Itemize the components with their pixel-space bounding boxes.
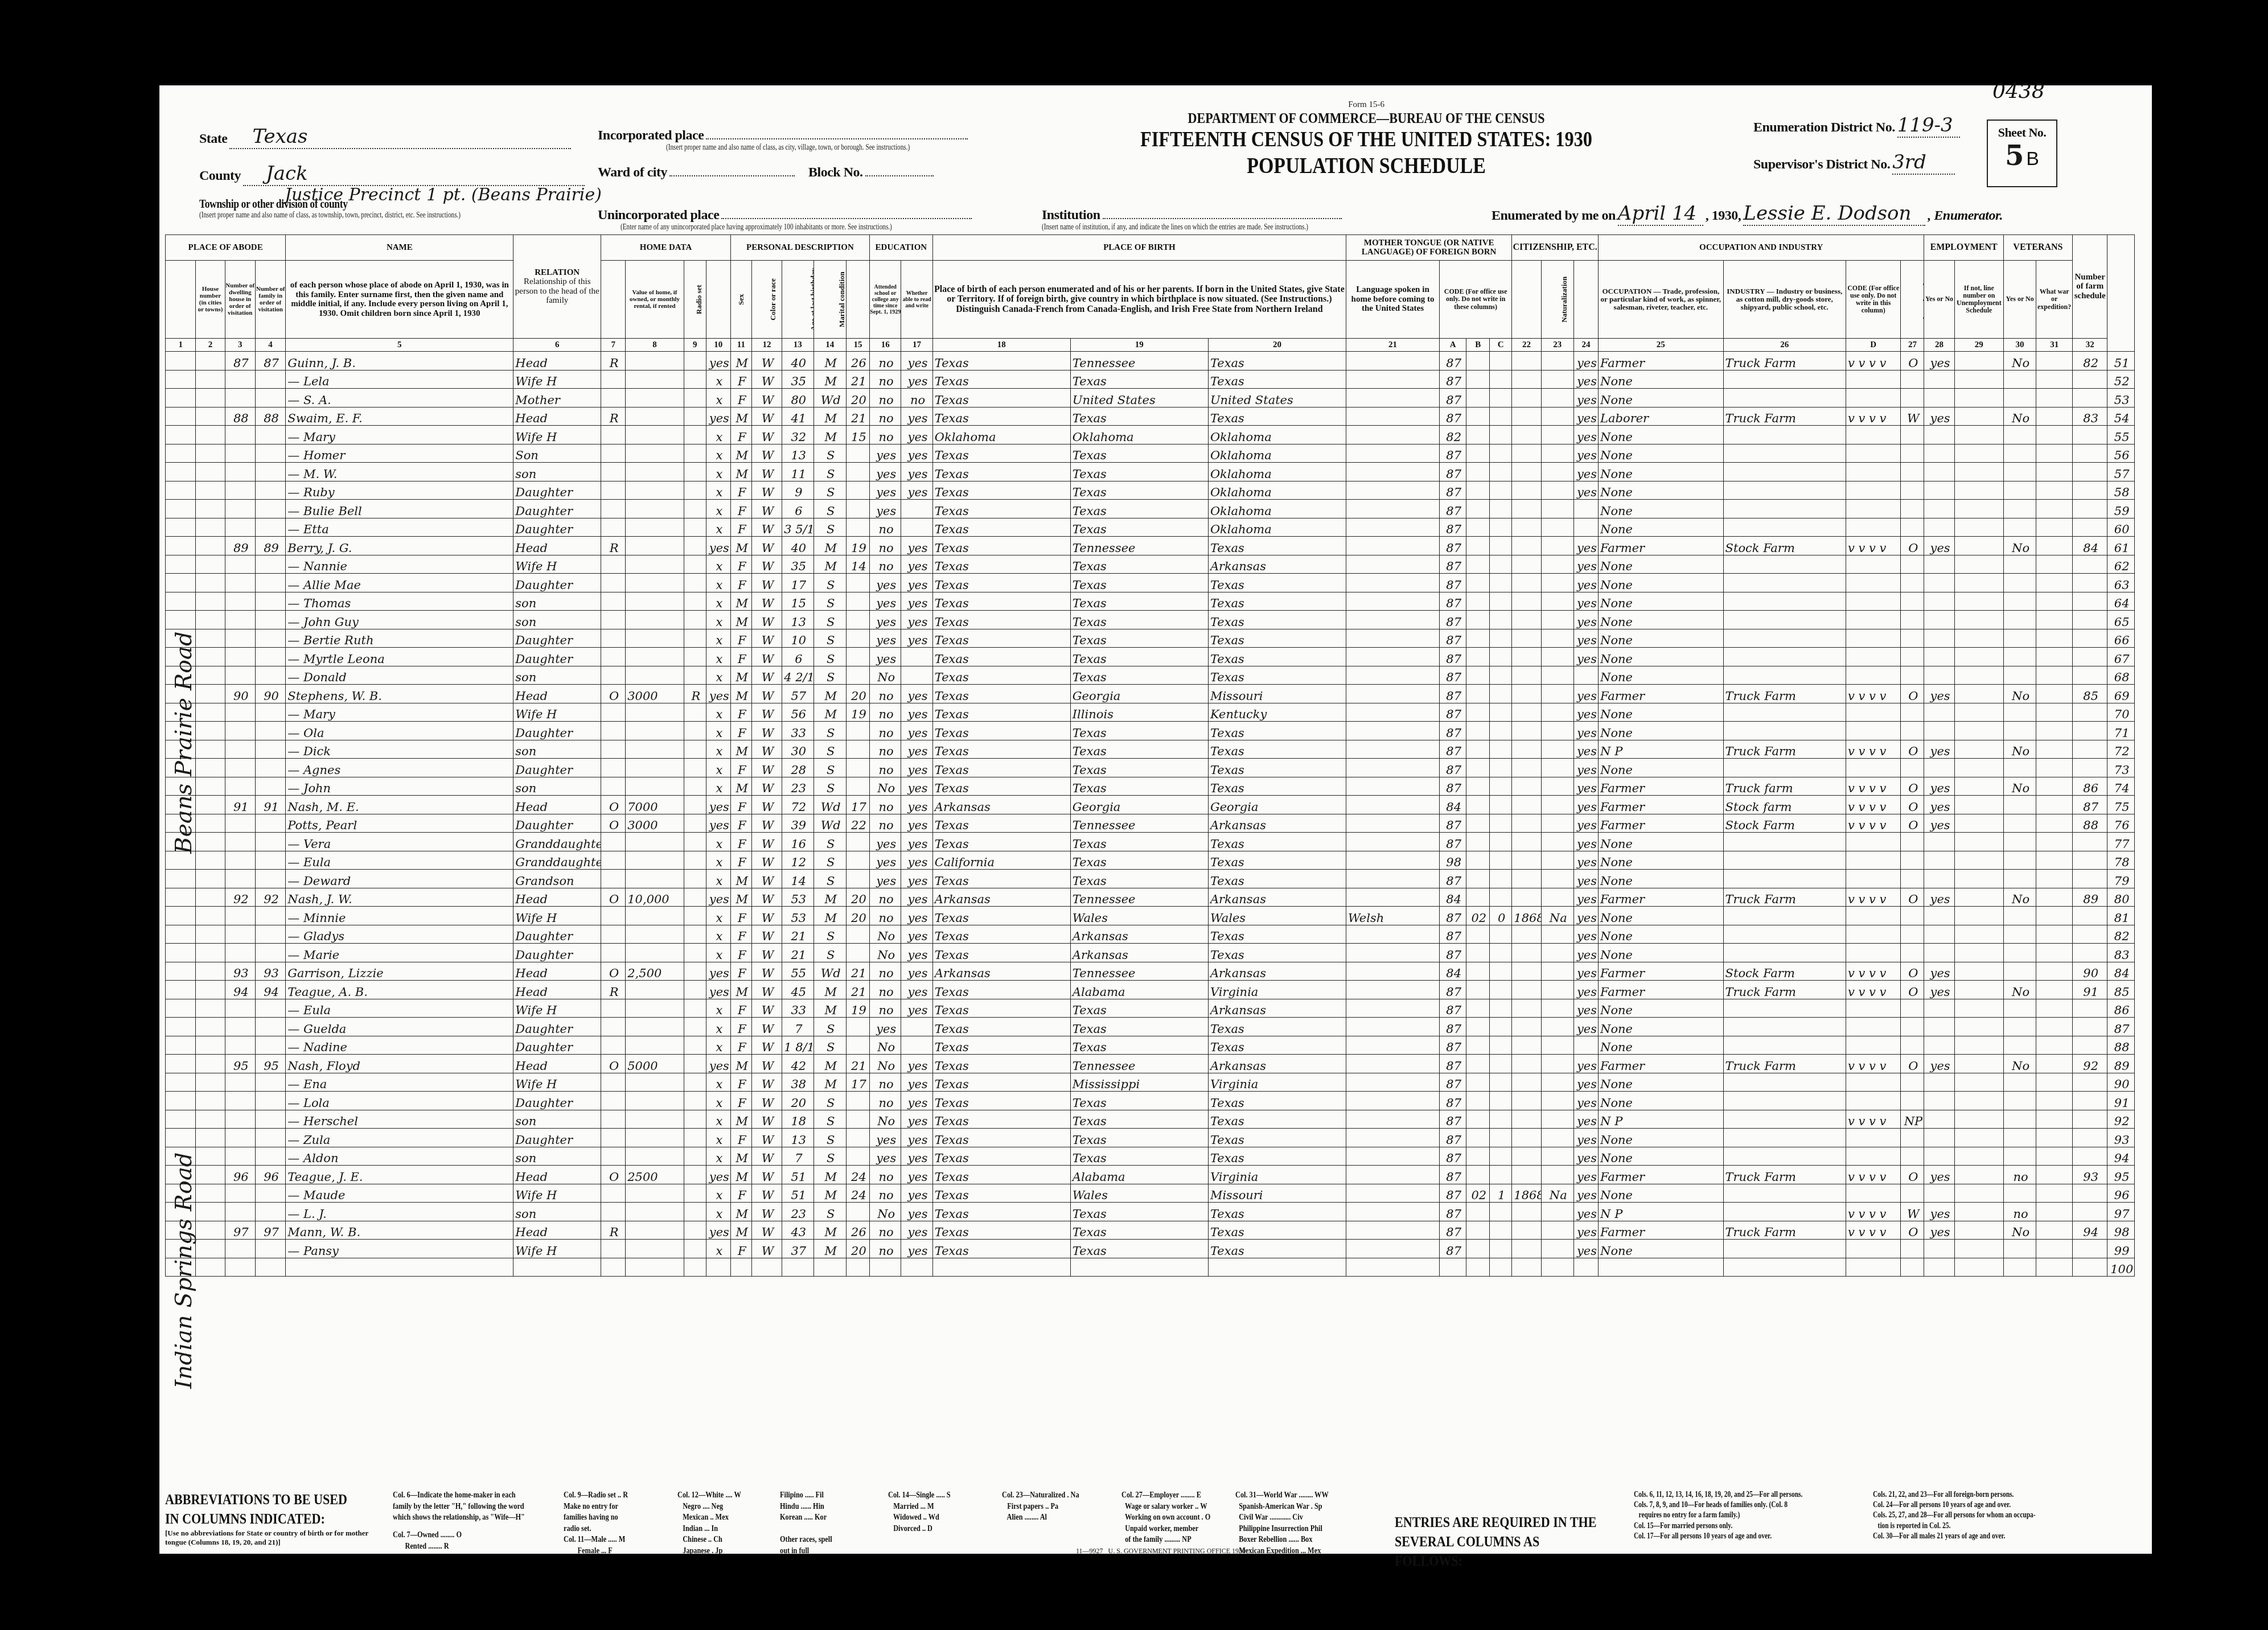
incorporated-value	[706, 138, 968, 139]
veteran-cell	[2003, 814, 2036, 833]
street-cell	[166, 944, 196, 962]
family-number-cell: 87	[255, 352, 285, 371]
code-a-cell: 87	[1440, 555, 1466, 574]
school-cell: yes	[870, 870, 901, 888]
immigration-year-cell	[1512, 481, 1541, 500]
house-number-cell	[196, 888, 225, 907]
relation-cell: Head	[513, 1055, 601, 1073]
radio-cell	[684, 1129, 706, 1147]
radio-cell	[684, 999, 706, 1018]
immigration-year-cell	[1512, 1166, 1541, 1184]
farm-cell: x	[706, 1036, 730, 1055]
naturalization-cell	[1541, 592, 1573, 611]
enumeration-district-field: Enumeration District No. 119-3	[1753, 114, 1960, 138]
naturalization-cell	[1541, 426, 1573, 444]
father-birthplace-cell: Texas	[1070, 1221, 1208, 1240]
employment-cell	[1924, 999, 1954, 1018]
radio-cell	[684, 1221, 706, 1240]
employment-cell	[1924, 389, 1954, 407]
unemployment-line-cell	[1954, 426, 2003, 444]
farm-schedule-cell: 86	[2072, 777, 2107, 796]
employment-cell	[1924, 851, 1954, 870]
industry-cell: Truck Farm	[1723, 888, 1846, 907]
ward-field: Ward of city Block No.	[598, 165, 934, 180]
sex-cell: F	[730, 814, 751, 833]
immigration-year-cell	[1512, 629, 1541, 648]
name-cell: Teague, A. B.	[286, 981, 513, 999]
home-tenure-cell	[601, 833, 626, 851]
speaks-english-cell: yes	[1573, 759, 1598, 777]
race-cell: W	[751, 796, 782, 814]
war-cell	[2036, 759, 2073, 777]
column-number: 5	[286, 339, 513, 352]
veteran-cell	[2003, 444, 2036, 463]
war-cell	[2036, 870, 2073, 888]
employment-cell: yes	[1924, 1221, 1954, 1240]
code-b-cell	[1466, 740, 1490, 759]
age-cell: 28	[782, 759, 813, 777]
dwelling-number-cell: 87	[225, 352, 255, 371]
home-tenure-cell	[601, 389, 626, 407]
dwelling-number-cell	[225, 1258, 255, 1277]
industry-cell	[1723, 389, 1846, 407]
group-place-of-birth: PLACE OF BIRTH	[932, 235, 1346, 261]
race-cell: W	[751, 555, 782, 574]
line-number: 100	[2107, 1258, 2135, 1277]
column-number: B	[1466, 339, 1490, 352]
home-value-cell: 3000	[626, 814, 684, 833]
class-of-worker-cell	[1901, 1129, 1924, 1147]
farm-schedule-cell	[2072, 1036, 2107, 1055]
table-row: 9090Stephens, W. B.HeadO3000RyesMW57M20n…	[166, 685, 2135, 703]
mother-birthplace-cell: Arkansas	[1208, 888, 1346, 907]
age-cell: 42	[782, 1055, 813, 1073]
relation-cell	[513, 1258, 601, 1277]
mother-tongue-cell	[1346, 444, 1439, 463]
farm-cell: x	[706, 1073, 730, 1092]
column-number: 27	[1901, 339, 1924, 352]
farm-schedule-cell	[2072, 1203, 2107, 1221]
home-tenure-cell	[601, 1203, 626, 1221]
code-d-cell: v v v v	[1846, 1110, 1900, 1129]
employment-cell: yes	[1924, 1166, 1954, 1184]
unemployment-line-cell	[1954, 1129, 2003, 1147]
farm-schedule-cell: 90	[2072, 962, 2107, 981]
speaks-english-cell: yes	[1573, 1147, 1598, 1166]
literacy-cell: yes	[901, 1073, 932, 1092]
column-number: 26	[1723, 339, 1846, 352]
code-b-cell	[1466, 1240, 1490, 1258]
race-cell: W	[751, 1166, 782, 1184]
dwelling-number-cell	[225, 611, 255, 629]
group-personal-description: PERSONAL DESCRIPTION	[730, 235, 869, 261]
col-11-header: Sex	[730, 261, 751, 339]
mother-tongue-cell	[1346, 925, 1439, 944]
relation-cell: Head	[513, 888, 601, 907]
code-a-cell: 84	[1440, 888, 1466, 907]
code-b-cell	[1466, 1055, 1490, 1073]
line-number: 66	[2107, 629, 2135, 648]
radio-cell	[684, 833, 706, 851]
code-d-cell	[1846, 500, 1900, 518]
mother-tongue-cell	[1346, 777, 1439, 796]
col-9-header: Radio set	[684, 261, 706, 339]
school-cell: no	[870, 759, 901, 777]
relation-cell: son	[513, 1110, 601, 1129]
unemployment-line-cell	[1954, 1036, 2003, 1055]
dwelling-number-cell	[225, 500, 255, 518]
war-cell	[2036, 518, 2073, 537]
farm-cell: yes	[706, 796, 730, 814]
farm-schedule-cell	[2072, 648, 2107, 666]
relation-cell: son	[513, 592, 601, 611]
immigration-year-cell	[1512, 962, 1541, 981]
birthplace-cell: Arkansas	[932, 962, 1070, 981]
industry-cell	[1723, 759, 1846, 777]
veteran-cell	[2003, 1110, 2036, 1129]
house-number-cell	[196, 500, 225, 518]
industry-cell	[1723, 666, 1846, 685]
home-value-cell	[626, 648, 684, 666]
birthplace-cell: Texas	[932, 407, 1070, 426]
occupation-cell: None	[1599, 1073, 1724, 1092]
column-number: 12	[751, 339, 782, 352]
house-number-cell	[196, 666, 225, 685]
unemployment-line-cell	[1954, 1258, 2003, 1277]
farm-schedule-cell	[2072, 907, 2107, 925]
street-cell	[166, 352, 196, 371]
occupation-cell	[1599, 1258, 1724, 1277]
school-cell: no	[870, 537, 901, 555]
dwelling-number-cell	[225, 999, 255, 1018]
occupation-cell: Farmer	[1599, 888, 1724, 907]
mother-tongue-cell	[1346, 352, 1439, 371]
naturalization-cell	[1541, 1258, 1573, 1277]
street-cell	[166, 407, 196, 426]
dwelling-number-cell	[225, 833, 255, 851]
marital-cell: M	[813, 1240, 846, 1258]
house-number-cell	[196, 426, 225, 444]
age-at-marriage-cell	[846, 740, 869, 759]
naturalization-cell	[1541, 1036, 1573, 1055]
naturalization-cell	[1541, 463, 1573, 481]
school-cell: no	[870, 1184, 901, 1203]
age-cell: 37	[782, 1240, 813, 1258]
column-number: 9	[684, 339, 706, 352]
age-cell: 51	[782, 1184, 813, 1203]
sheet-number-box: Sheet No. 5 B	[1987, 120, 2057, 187]
marital-cell: M	[813, 1184, 846, 1203]
farm-cell: yes	[706, 981, 730, 999]
code-d-cell	[1846, 555, 1900, 574]
unincorporated-note: (Enter name of any unincorporated place …	[621, 223, 902, 232]
race-cell: W	[751, 389, 782, 407]
veteran-cell	[2003, 1036, 2036, 1055]
father-birthplace-cell: Texas	[1070, 444, 1208, 463]
relation-cell: Wife H	[513, 907, 601, 925]
table-row: 9595Nash, FloydHeadO5000yesMW42M21NoyesT…	[166, 1055, 2135, 1073]
father-birthplace-cell: Texas	[1070, 555, 1208, 574]
speaks-english-cell: yes	[1573, 537, 1598, 555]
radio-cell	[684, 1184, 706, 1203]
department-title: DEPARTMENT OF COMMERCE—BUREAU OF THE CEN…	[1124, 110, 1608, 127]
table-row: — JohnsonxMW23SNoyesTexasTexasTexas87yes…	[166, 777, 2135, 796]
home-tenure-cell	[601, 463, 626, 481]
war-cell	[2036, 389, 2073, 407]
farm-cell: x	[706, 481, 730, 500]
mother-birthplace-cell: Texas	[1208, 851, 1346, 870]
code-d-cell: v v v v	[1846, 1055, 1900, 1073]
industry-cell	[1723, 703, 1846, 722]
marital-cell: M	[813, 981, 846, 999]
speaks-english-cell	[1573, 1258, 1598, 1277]
sex-cell: M	[730, 611, 751, 629]
dwelling-number-cell	[225, 1073, 255, 1092]
age-at-marriage-cell: 21	[846, 407, 869, 426]
veteran-cell	[2003, 1240, 2036, 1258]
family-number-cell	[255, 759, 285, 777]
speaks-english-cell: yes	[1573, 851, 1598, 870]
age-cell	[782, 1258, 813, 1277]
code-b-cell	[1466, 518, 1490, 537]
block-value	[865, 175, 934, 176]
immigration-year-cell	[1512, 1203, 1541, 1221]
printer-line: U. S. GOVERNMENT PRINTING OFFICE 1930	[1108, 1547, 1246, 1555]
school-cell: no	[870, 796, 901, 814]
age-at-marriage-cell: 21	[846, 370, 869, 389]
house-number-cell	[196, 685, 225, 703]
marital-cell: M	[813, 999, 846, 1018]
family-number-cell	[255, 370, 285, 389]
township-field: Township or other division of county Jus…	[199, 196, 575, 220]
mother-tongue-cell	[1346, 999, 1439, 1018]
code-a-cell: 87	[1440, 925, 1466, 944]
age-cell: 41	[782, 407, 813, 426]
code-b-cell	[1466, 389, 1490, 407]
mother-birthplace-cell: Texas	[1208, 944, 1346, 962]
code-d-cell	[1846, 1184, 1900, 1203]
home-tenure-cell	[601, 481, 626, 500]
birthplace-cell: Texas	[932, 370, 1070, 389]
race-cell: W	[751, 592, 782, 611]
occupation-cell: Farmer	[1599, 962, 1724, 981]
home-tenure-cell	[601, 740, 626, 759]
race-cell: W	[751, 851, 782, 870]
code-b-cell	[1466, 574, 1490, 592]
column-number: 23	[1541, 339, 1573, 352]
occupation-cell: Farmer	[1599, 1055, 1724, 1073]
family-number-cell	[255, 1018, 285, 1036]
code-d-cell	[1846, 1036, 1900, 1055]
speaks-english-cell: yes	[1573, 1018, 1598, 1036]
mother-tongue-cell	[1346, 574, 1439, 592]
unemployment-line-cell	[1954, 685, 2003, 703]
dwelling-number-cell: 93	[225, 962, 255, 981]
class-of-worker-cell: W	[1901, 407, 1924, 426]
farm-schedule-cell: 82	[2072, 352, 2107, 371]
veteran-cell	[2003, 555, 2036, 574]
home-tenure-cell	[601, 370, 626, 389]
code-a-cell: 87	[1440, 722, 1466, 740]
sex-cell: M	[730, 537, 751, 555]
mother-tongue-cell	[1346, 481, 1439, 500]
occupation-cell: None	[1599, 426, 1724, 444]
industry-cell	[1723, 500, 1846, 518]
abbrev-col6: Col. 6—Indicate the home-maker in each f…	[393, 1490, 533, 1524]
race-cell: W	[751, 888, 782, 907]
code-b-cell	[1466, 833, 1490, 851]
literacy-cell: yes	[901, 981, 932, 999]
veteran-cell	[2003, 1147, 2036, 1166]
employment-cell: yes	[1924, 740, 1954, 759]
home-value-cell	[626, 1073, 684, 1092]
place-of-birth-note: Place of birth of each person enumerated…	[932, 261, 1346, 339]
school-cell: yes	[870, 833, 901, 851]
farm-cell: x	[706, 759, 730, 777]
age-at-marriage-cell: 20	[846, 389, 869, 407]
dwelling-number-cell	[225, 518, 255, 537]
veteran-cell	[2003, 907, 2036, 925]
farm-schedule-cell	[2072, 555, 2107, 574]
dwelling-number-cell	[225, 944, 255, 962]
sex-cell: F	[730, 1073, 751, 1092]
unemployment-line-cell	[1954, 777, 2003, 796]
speaks-english-cell: yes	[1573, 888, 1598, 907]
col-23-header: Naturalization	[1541, 261, 1573, 339]
street-cell	[166, 925, 196, 944]
industry-cell	[1723, 629, 1846, 648]
father-birthplace-cell: Wales	[1070, 1184, 1208, 1203]
birthplace-cell: Texas	[932, 352, 1070, 371]
relation-cell: son	[513, 666, 601, 685]
col-7-header: Home owned or rented	[601, 261, 626, 339]
birthplace-cell: Texas	[932, 1018, 1070, 1036]
industry-cell: Truck Farm	[1723, 1055, 1846, 1073]
farm-schedule-cell: 93	[2072, 1166, 2107, 1184]
occupation-cell: None	[1599, 481, 1724, 500]
code-b-cell	[1466, 777, 1490, 796]
class-of-worker-cell: NP	[1901, 1110, 1924, 1129]
line-number: 94	[2107, 1147, 2135, 1166]
naturalization-cell	[1541, 851, 1573, 870]
relation-cell: Mother	[513, 389, 601, 407]
line-number: 63	[2107, 574, 2135, 592]
name-cell: — Maude	[286, 1184, 513, 1203]
employment-cell	[1924, 500, 1954, 518]
enumerator-name: Lessie E. Dodson	[1743, 202, 1925, 226]
unemployment-line-cell	[1954, 648, 2003, 666]
occupation-cell: N P	[1599, 1110, 1724, 1129]
family-number-cell	[255, 1203, 285, 1221]
marital-cell: S	[813, 463, 846, 481]
home-tenure-cell	[601, 1147, 626, 1166]
industry-cell	[1723, 1110, 1846, 1129]
code-a-cell: 87	[1440, 629, 1466, 648]
table-row: — LelaWife HxFW35M21noyesTexasTexasTexas…	[166, 370, 2135, 389]
house-number-cell	[196, 463, 225, 481]
age-at-marriage-cell	[846, 777, 869, 796]
industry-cell	[1723, 1203, 1846, 1221]
street-cell	[166, 1184, 196, 1203]
war-cell	[2036, 981, 2073, 999]
school-cell: no	[870, 703, 901, 722]
race-cell: W	[751, 407, 782, 426]
school-cell: no	[870, 352, 901, 371]
family-number-cell	[255, 592, 285, 611]
institution-label: Institution	[1042, 208, 1100, 223]
family-number-cell	[255, 1092, 285, 1110]
immigration-year-cell	[1512, 759, 1541, 777]
class-of-worker-cell	[1901, 1147, 1924, 1166]
name-cell: — Allie Mae	[286, 574, 513, 592]
farm-cell: x	[706, 555, 730, 574]
dwelling-number-cell: 95	[225, 1055, 255, 1073]
column-number: 8	[626, 339, 684, 352]
occupation-cell: None	[1599, 629, 1724, 648]
home-value-cell	[626, 851, 684, 870]
code-d-cell: v v v v	[1846, 407, 1900, 426]
mother-tongue-cell	[1346, 1110, 1439, 1129]
code-c-cell	[1490, 592, 1512, 611]
street-cell	[166, 611, 196, 629]
home-value-cell: 5000	[626, 1055, 684, 1073]
line-number: 90	[2107, 1073, 2135, 1092]
form-number: Form 15-6	[1082, 100, 1651, 110]
street-cell	[166, 1129, 196, 1147]
marital-cell: M	[813, 555, 846, 574]
father-birthplace-cell: Tennessee	[1070, 1055, 1208, 1073]
ed-value: 119-3	[1897, 114, 1960, 138]
immigration-year-cell	[1512, 389, 1541, 407]
dwelling-number-cell	[225, 592, 255, 611]
age-at-marriage-cell: 20	[846, 1240, 869, 1258]
farm-cell: yes	[706, 537, 730, 555]
farm-schedule-cell	[2072, 574, 2107, 592]
group-occupation: OCCUPATION AND INDUSTRY	[1599, 235, 1924, 261]
father-birthplace-cell: Texas	[1070, 407, 1208, 426]
unemployment-line-cell	[1954, 981, 2003, 999]
column-number: 16	[870, 339, 901, 352]
mother-tongue-cell	[1346, 389, 1439, 407]
naturalization-cell	[1541, 666, 1573, 685]
farm-cell: x	[706, 833, 730, 851]
literacy-cell: yes	[901, 1147, 932, 1166]
radio-cell	[684, 537, 706, 555]
house-number-cell	[196, 352, 225, 371]
naturalization-cell	[1541, 981, 1573, 999]
family-number-cell	[255, 722, 285, 740]
school-cell: no	[870, 740, 901, 759]
home-tenure-cell: O	[601, 685, 626, 703]
family-number-cell	[255, 1036, 285, 1055]
marital-cell: S	[813, 1036, 846, 1055]
birthplace-cell: Texas	[932, 1092, 1070, 1110]
radio-cell	[684, 907, 706, 925]
literacy-cell: yes	[901, 1240, 932, 1258]
age-at-marriage-cell: 21	[846, 962, 869, 981]
school-cell: no	[870, 518, 901, 537]
occupation-cell: Laborer	[1599, 407, 1724, 426]
immigration-year-cell	[1512, 648, 1541, 666]
house-number-cell	[196, 444, 225, 463]
home-tenure-cell	[601, 611, 626, 629]
family-number-cell: 90	[255, 685, 285, 703]
line-number: 53	[2107, 389, 2135, 407]
naturalization-cell	[1541, 555, 1573, 574]
naturalization-cell	[1541, 1018, 1573, 1036]
industry-cell	[1723, 1147, 1846, 1166]
farm-cell: yes	[706, 1055, 730, 1073]
